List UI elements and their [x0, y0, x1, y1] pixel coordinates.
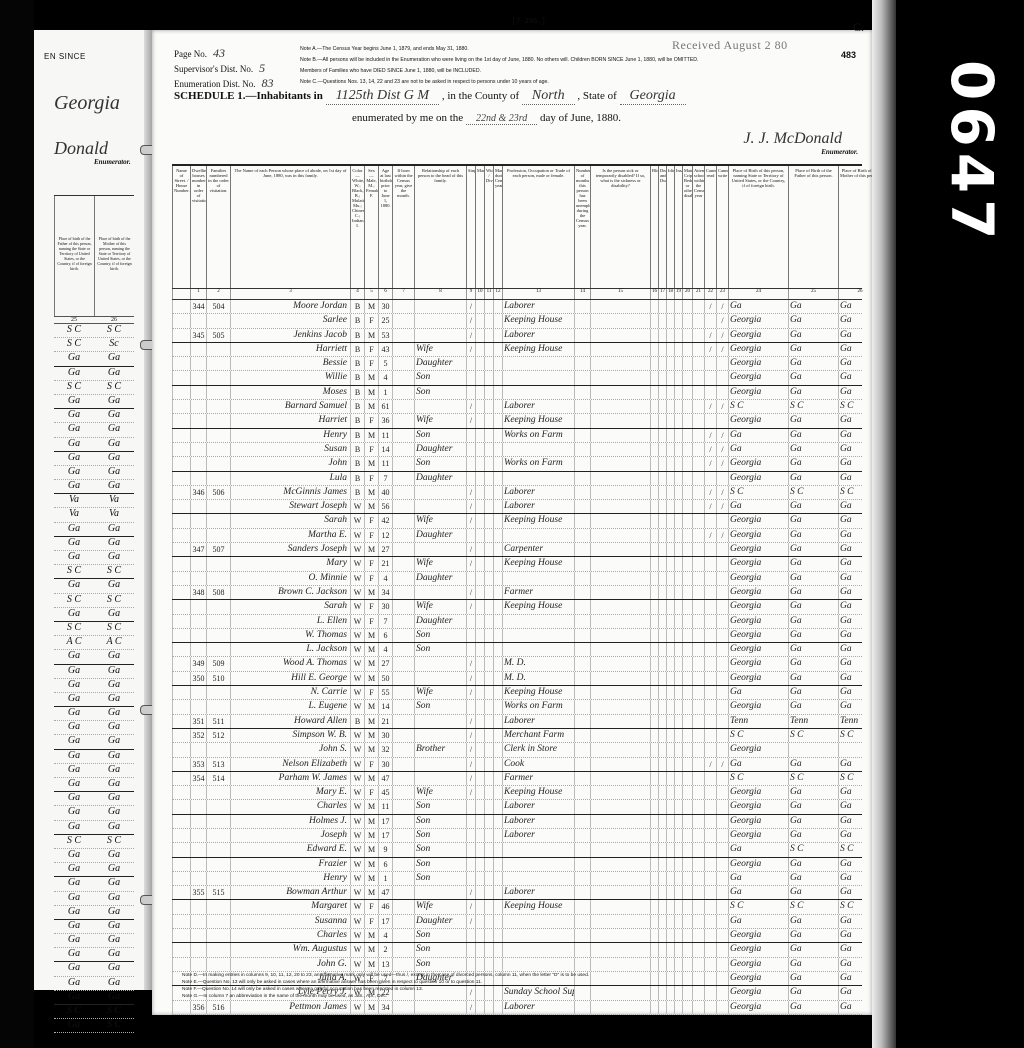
cell-cr — [704, 786, 716, 799]
cell-empty — [666, 743, 674, 756]
cell-fpob: S C — [788, 772, 838, 785]
cell-empty — [682, 529, 692, 542]
left-row: GaGa — [54, 650, 134, 664]
cell-race: W — [350, 729, 364, 742]
cell-cw — [716, 800, 728, 813]
cell-empty — [475, 329, 484, 342]
cell-empty — [574, 371, 590, 384]
cell-race: W — [350, 557, 364, 570]
cell-empty — [590, 643, 650, 656]
cell-sex: M — [364, 329, 378, 342]
table-row: FrazierWM6SonGeorgiaGaGa — [172, 858, 862, 872]
cell-empty — [674, 1001, 682, 1014]
cell-cr — [704, 686, 716, 699]
cell-empty — [590, 858, 650, 871]
cell-empty — [392, 486, 414, 499]
cell-empty — [590, 600, 650, 613]
cell-pob: Georgia — [728, 657, 788, 670]
cell-empty — [682, 772, 692, 785]
cell-fpob: Ga — [788, 443, 838, 456]
left-cell-mother: Ga — [94, 523, 134, 536]
cell-empty — [692, 872, 704, 885]
cell-name: O. Minnie — [230, 572, 350, 585]
cell-empty — [493, 858, 502, 871]
cell-empty — [172, 343, 190, 356]
cell-age: 17 — [378, 829, 392, 842]
cell-fam — [206, 958, 230, 971]
cell-empty — [493, 743, 502, 756]
county: North — [522, 88, 575, 105]
cell-empty — [674, 686, 682, 699]
table-row: W. ThomasWM6SonGeorgiaGaGa — [172, 629, 862, 643]
table-row: Martha E.WF12Daughter//GeorgiaGaGa — [172, 529, 862, 543]
cell-empty — [666, 858, 674, 871]
cell-empty — [666, 314, 674, 327]
left-cell-father: Ga — [54, 423, 94, 436]
cell-rel: Son — [414, 943, 466, 956]
cell-name: L. Eugene — [230, 700, 350, 713]
cell-name: Bowman Arthur — [230, 886, 350, 899]
cell-empty — [658, 615, 666, 628]
cell-empty — [484, 472, 493, 485]
cell-empty — [682, 572, 692, 585]
cell-race: B — [350, 386, 364, 399]
cell-empty — [692, 586, 704, 599]
cell-pob: S C — [728, 729, 788, 742]
cell-empty — [658, 886, 666, 899]
cell-fam — [206, 314, 230, 327]
cell-empty — [392, 1001, 414, 1014]
cell-fam — [206, 743, 230, 756]
instruction-notes: Note A.—The Census Year begins June 1, 1… — [300, 44, 720, 88]
cell-empty — [392, 429, 414, 442]
cell-civ: / — [466, 586, 475, 599]
cell-civ: / — [466, 514, 475, 527]
cell-empty — [674, 900, 682, 913]
cell-occ: Laborer — [502, 829, 574, 842]
column-number: 10 — [475, 289, 484, 299]
cell-empty — [650, 329, 658, 342]
cell-empty — [590, 972, 650, 985]
table-row: SusannaWF17Daughter/GaGaGa — [172, 915, 862, 929]
left-row: GaGa — [54, 721, 134, 735]
cell-empty — [674, 758, 682, 771]
cell-pob: Georgia — [728, 800, 788, 813]
column-number: 7 — [392, 289, 414, 299]
cell-sex: M — [364, 829, 378, 842]
cell-age: 11 — [378, 800, 392, 813]
left-cell-father: Ga — [54, 977, 94, 990]
cell-name: N. Carrie — [230, 686, 350, 699]
cell-age: 21 — [378, 557, 392, 570]
cell-cr — [704, 371, 716, 384]
left-cell-mother: Ga — [94, 409, 134, 422]
cell-rel: Son — [414, 872, 466, 885]
left-cell-father: Ga — [54, 792, 94, 805]
column-number: 5 — [364, 289, 378, 299]
cell-empty — [666, 557, 674, 570]
table-row: O. MinnieWF4DaughterGeorgiaGaGa — [172, 572, 862, 586]
cell-empty — [172, 429, 190, 442]
left-cell-mother: Ga — [94, 665, 134, 678]
cell-empty — [692, 729, 704, 742]
cell-pob: Georgia — [728, 329, 788, 342]
cell-rel: Son — [414, 958, 466, 971]
cell-empty — [590, 615, 650, 628]
cell-empty — [475, 629, 484, 642]
cell-name: Willie — [230, 371, 350, 384]
cell-empty — [692, 400, 704, 413]
cell-fam — [206, 386, 230, 399]
cell-empty — [493, 843, 502, 856]
cell-empty — [666, 843, 674, 856]
cell-empty — [692, 672, 704, 685]
cell-fpob: Ga — [788, 457, 838, 470]
cell-fpob: Ga — [788, 586, 838, 599]
cell-rel: Daughter — [414, 472, 466, 485]
cell-race: W — [350, 600, 364, 613]
cell-empty — [392, 843, 414, 856]
cell-fam: 512 — [206, 729, 230, 742]
cell-empty — [692, 657, 704, 670]
cell-sex: F — [364, 472, 378, 485]
cell-empty — [475, 343, 484, 356]
table-row: HenryBM11SonWorks on Farm//GaGaGa — [172, 429, 862, 443]
cell-occ — [502, 615, 574, 628]
cell-pob: Georgia — [728, 543, 788, 556]
cell-empty — [682, 543, 692, 556]
cell-empty — [392, 343, 414, 356]
left-row: GaGa — [54, 352, 134, 366]
cell-empty — [674, 472, 682, 485]
left-nativity-table: Place of birth of the Father of this per… — [54, 195, 134, 1033]
cell-dw — [190, 557, 206, 570]
cell-sex: F — [364, 357, 378, 370]
cell-empty — [674, 429, 682, 442]
cell-occ: Keeping House — [502, 786, 574, 799]
cell-empty — [682, 371, 692, 384]
table-row: 352512Simpson W. B.WM30/Merchant FarmS C… — [172, 729, 862, 743]
cell-empty — [674, 715, 682, 728]
cell-empty — [574, 800, 590, 813]
cell-empty — [475, 300, 484, 313]
cell-empty — [484, 915, 493, 928]
cell-empty — [650, 772, 658, 785]
left-cell-mother: S C — [94, 324, 134, 337]
cell-rel: Son — [414, 643, 466, 656]
cell-empty — [692, 472, 704, 485]
cell-empty — [392, 443, 414, 456]
cell-age: 32 — [378, 743, 392, 756]
left-cell-mother: Ga — [94, 466, 134, 479]
left-cell-father: Ga — [54, 352, 94, 365]
cell-empty — [692, 457, 704, 470]
cell-empty — [666, 915, 674, 928]
left-page-fragment: EN SINCE Georgia Donald Enumerator. Plac… — [34, 30, 152, 990]
cell-race: W — [350, 529, 364, 542]
cell-empty — [484, 443, 493, 456]
cell-sex: M — [364, 371, 378, 384]
cell-empty — [392, 915, 414, 928]
cell-empty — [493, 371, 502, 384]
cell-rel — [414, 486, 466, 499]
left-row: GaGa — [54, 480, 134, 494]
cell-empty — [590, 472, 650, 485]
cell-sex: F — [364, 900, 378, 913]
cell-fam — [206, 800, 230, 813]
column-header: Age at last birthday prior to June 1, 18… — [378, 166, 392, 288]
cell-cw — [716, 357, 728, 370]
cell-empty — [590, 829, 650, 842]
cell-empty — [674, 615, 682, 628]
cell-empty — [666, 772, 674, 785]
column-header: Single — [466, 166, 475, 288]
cell-cw: / — [716, 343, 728, 356]
column-header: Sex—Male, M.; Female, F. — [364, 166, 378, 288]
cell-cr: / — [704, 758, 716, 771]
cell-empty — [692, 986, 704, 999]
cell-empty — [650, 586, 658, 599]
cell-empty — [674, 572, 682, 585]
enumerator-signature: J. J. McDonald — [743, 130, 842, 148]
cell-pob: Georgia — [728, 700, 788, 713]
cell-empty — [475, 514, 484, 527]
cell-rel: Daughter — [414, 357, 466, 370]
cell-age: 4 — [378, 371, 392, 384]
cell-dw — [190, 686, 206, 699]
cell-occ: Laborer — [502, 300, 574, 313]
cell-cr: / — [704, 343, 716, 356]
cell-empty — [590, 529, 650, 542]
cell-empty — [574, 557, 590, 570]
cell-occ — [502, 915, 574, 928]
cell-empty — [674, 815, 682, 828]
cell-cw: / — [716, 529, 728, 542]
cell-name: Sarah — [230, 600, 350, 613]
cell-empty — [172, 329, 190, 342]
cell-empty — [674, 443, 682, 456]
cell-empty — [590, 543, 650, 556]
cell-empty — [574, 486, 590, 499]
cell-cw: / — [716, 486, 728, 499]
cell-empty — [666, 386, 674, 399]
left-column-headers: Place of birth of the Father of this per… — [54, 196, 134, 317]
cell-empty — [682, 986, 692, 999]
left-row: GaGa — [54, 679, 134, 693]
cell-rel — [414, 772, 466, 785]
cell-empty — [475, 357, 484, 370]
table-row: L. EugeneWM14SonWorks on FarmGeorgiaGaGa — [172, 700, 862, 714]
cell-fpob: Ga — [788, 572, 838, 585]
cell-empty — [674, 672, 682, 685]
cell-empty — [493, 572, 502, 585]
cell-age: 14 — [378, 700, 392, 713]
cell-cw — [716, 943, 728, 956]
cell-empty — [493, 300, 502, 313]
cell-empty — [590, 443, 650, 456]
cell-dw — [190, 500, 206, 513]
table-row: Barnard SamuelBM61/Laborer//S CS CS C — [172, 400, 862, 414]
table-row: WillieBM4SonGeorgiaGaGa — [172, 371, 862, 385]
cell-age: 2 — [378, 943, 392, 956]
left-cell-mother: S C — [94, 381, 134, 394]
cell-civ: / — [466, 686, 475, 699]
cell-empty — [682, 800, 692, 813]
cell-fpob: Ga — [788, 600, 838, 613]
cell-empty — [692, 843, 704, 856]
cell-empty — [172, 386, 190, 399]
cell-empty — [650, 414, 658, 427]
cell-empty — [574, 758, 590, 771]
cell-civ — [466, 815, 475, 828]
cell-occ: Keeping House — [502, 343, 574, 356]
cell-empty — [682, 400, 692, 413]
cell-empty — [392, 815, 414, 828]
cell-empty — [484, 514, 493, 527]
cell-cw — [716, 829, 728, 842]
cell-empty — [392, 858, 414, 871]
cell-fpob: Ga — [788, 343, 838, 356]
cell-race: B — [350, 300, 364, 313]
cell-empty — [574, 572, 590, 585]
cell-empty — [172, 529, 190, 542]
cell-empty — [650, 843, 658, 856]
cell-empty — [475, 600, 484, 613]
cell-age: 43 — [378, 343, 392, 356]
cell-dw — [190, 943, 206, 956]
cell-empty — [674, 643, 682, 656]
cell-occ: Carpenter — [502, 543, 574, 556]
left-row: GaGa — [54, 977, 134, 991]
cell-empty — [666, 343, 674, 356]
table-row: 347507Sanders JosephWM27/CarpenterGeorgi… — [172, 543, 862, 557]
cell-empty — [172, 500, 190, 513]
cell-sex: F — [364, 686, 378, 699]
cell-sex: M — [364, 743, 378, 756]
cell-civ — [466, 357, 475, 370]
cell-empty — [484, 429, 493, 442]
left-cell-mother: Ga — [94, 579, 134, 592]
cell-empty — [392, 586, 414, 599]
cell-cw — [716, 700, 728, 713]
cell-empty — [475, 729, 484, 742]
cell-sex: F — [364, 414, 378, 427]
column-header: Idiotic — [666, 166, 674, 288]
cell-fam — [206, 686, 230, 699]
cell-name: Hill E. George — [230, 672, 350, 685]
cell-empty — [682, 743, 692, 756]
cell-name: L. Jackson — [230, 643, 350, 656]
cell-name: Susan — [230, 443, 350, 456]
cell-empty — [658, 572, 666, 585]
left-cell-father: Ga — [54, 962, 94, 975]
column-number: 16 — [650, 289, 658, 299]
left-rows: S CS CS CScGaGaGaGaS CS CGaGaGaGaGaGaGaG… — [54, 324, 134, 1033]
left-cell-father: Ga — [54, 438, 94, 451]
cell-cw — [716, 657, 728, 670]
cell-empty — [658, 872, 666, 885]
cell-fam — [206, 900, 230, 913]
cell-rel: Son — [414, 929, 466, 942]
cell-empty — [392, 772, 414, 785]
cell-empty — [590, 958, 650, 971]
cell-dw: 344 — [190, 300, 206, 313]
cell-empty — [172, 1001, 190, 1014]
cell-empty — [590, 900, 650, 913]
cell-civ — [466, 386, 475, 399]
cell-rel — [414, 586, 466, 599]
cell-fpob: Ga — [788, 529, 838, 542]
cell-pob: Ga — [728, 500, 788, 513]
cell-empty — [475, 557, 484, 570]
cell-age: 56 — [378, 500, 392, 513]
cell-cr — [704, 657, 716, 670]
cell-empty — [172, 815, 190, 828]
cell-empty — [475, 743, 484, 756]
cell-empty — [674, 529, 682, 542]
cell-fpob: Ga — [788, 615, 838, 628]
cell-fpob: Ga — [788, 872, 838, 885]
left-cell-father: Ga — [54, 735, 94, 748]
cell-occ — [502, 371, 574, 384]
cell-empty — [574, 700, 590, 713]
cell-pob: Georgia — [728, 615, 788, 628]
cell-fam — [206, 829, 230, 842]
cell-empty — [484, 500, 493, 513]
left-row: GaGa — [54, 962, 134, 976]
cell-cr — [704, 600, 716, 613]
cell-sex: F — [364, 514, 378, 527]
cell-rel: Son — [414, 429, 466, 442]
cell-empty — [666, 686, 674, 699]
cell-empty — [658, 829, 666, 842]
cell-age: 4 — [378, 643, 392, 656]
cell-empty — [650, 657, 658, 670]
left-row: GaGa — [54, 735, 134, 749]
cell-empty — [658, 900, 666, 913]
cell-empty — [493, 900, 502, 913]
cell-empty — [650, 643, 658, 656]
cell-occ: Farmer — [502, 772, 574, 785]
cell-empty — [475, 543, 484, 556]
column-number: 20 — [682, 289, 692, 299]
cell-dw: 346 — [190, 486, 206, 499]
cell-fpob: Ga — [788, 629, 838, 642]
cell-name: Holmes J. — [230, 815, 350, 828]
cell-civ — [466, 829, 475, 842]
cell-name: Pettmon James — [230, 1001, 350, 1014]
column-number: 3 — [230, 289, 350, 299]
cell-empty — [392, 615, 414, 628]
cell-cw — [716, 557, 728, 570]
cell-sex: M — [364, 943, 378, 956]
cell-empty — [692, 829, 704, 842]
cell-empty — [692, 615, 704, 628]
cell-empty — [392, 743, 414, 756]
cell-empty — [650, 715, 658, 728]
left-row: GaGa — [54, 906, 134, 920]
cell-occ: M. D. — [502, 657, 574, 670]
cell-occ — [502, 386, 574, 399]
cell-fam — [206, 815, 230, 828]
left-cell-father: Ga — [54, 409, 94, 422]
cell-race: B — [350, 486, 364, 499]
cell-empty — [493, 457, 502, 470]
cell-empty — [484, 615, 493, 628]
cell-empty — [172, 572, 190, 585]
cell-empty — [484, 557, 493, 570]
cell-race: W — [350, 900, 364, 913]
